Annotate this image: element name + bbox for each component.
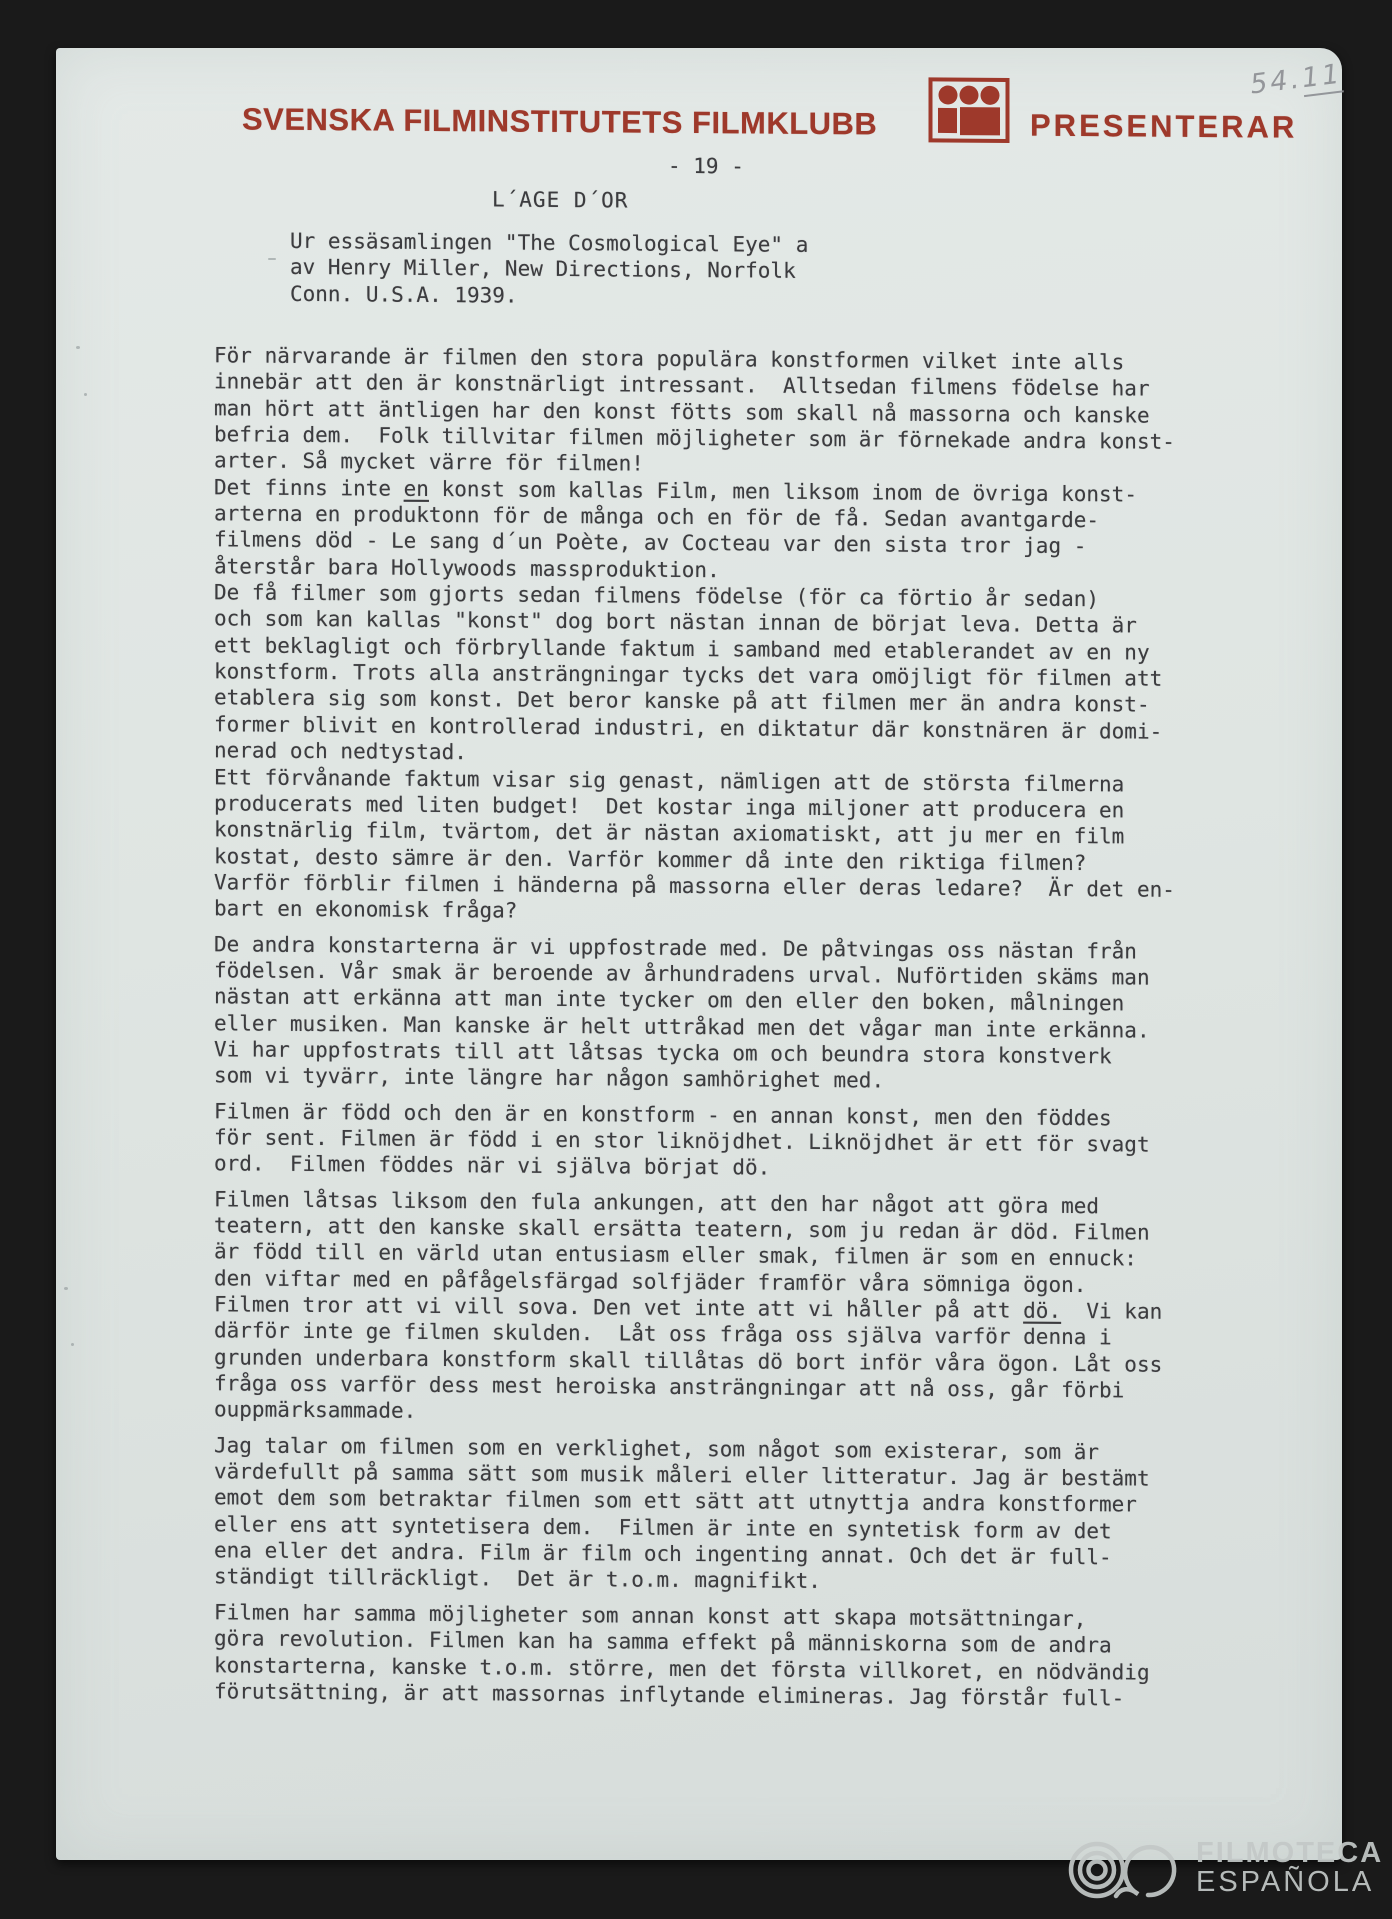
scanned-page: SVENSKA FILMINSTITUTETS FILMKLUBB PRESEN… bbox=[56, 48, 1342, 1860]
source-block: Ur essäsamlingen "The Cosmological Eye" … bbox=[290, 228, 808, 311]
paper-speck bbox=[71, 1343, 74, 1346]
paragraph: För närvarande är filmen den stora popul… bbox=[214, 342, 1175, 929]
header-presents-label: PRESENTERAR bbox=[1030, 108, 1297, 146]
source-line: av Henry Miller, New Directions, Norfolk bbox=[290, 254, 808, 284]
film-club-logo-icon bbox=[928, 77, 1010, 144]
paragraph: Filmen har samma möjligheter som annan k… bbox=[214, 1599, 1175, 1712]
paragraph: Jag talar om filmen som en verklighet, s… bbox=[214, 1432, 1175, 1598]
paper-speck bbox=[64, 1287, 68, 1290]
paper-speck bbox=[268, 258, 276, 260]
page-number: - 19 - bbox=[668, 153, 744, 180]
paper-speck bbox=[76, 346, 80, 349]
paper-speck bbox=[84, 393, 87, 396]
watermark-text: FILMOTECA ESPAÑOLA bbox=[1196, 1839, 1383, 1897]
source-line: Ur essäsamlingen "The Cosmological Eye" … bbox=[290, 228, 808, 258]
body-text: För närvarande är filmen den stora popul… bbox=[214, 342, 1175, 1721]
header-club-name: SVENSKA FILMINSTITUTETS FILMKLUBB bbox=[242, 101, 877, 142]
source-line: Conn. U.S.A. 1939. bbox=[290, 281, 808, 311]
handwritten-tail: 11 bbox=[1300, 58, 1344, 97]
filmoteca-watermark: FILMOTECA ESPAÑOLA bbox=[1064, 1832, 1383, 1904]
handwritten-main: 54. bbox=[1248, 63, 1303, 100]
document-title: L´AGE D´OR bbox=[492, 186, 628, 213]
page-content: SVENSKA FILMINSTITUTETS FILMKLUBB PRESEN… bbox=[56, 48, 1342, 1870]
paragraph: Filmen låtsas liksom den fula ankungen, … bbox=[214, 1186, 1175, 1431]
watermark-line2: ESPAÑOLA bbox=[1196, 1868, 1383, 1897]
scan-background: { "colors": { "background": "#1a1a1a", "… bbox=[0, 0, 1392, 1919]
filmoteca-spiral-logo-icon bbox=[1064, 1832, 1188, 1904]
watermark-line1: FILMOTECA bbox=[1196, 1839, 1383, 1868]
paragraph: De andra konstarterna är vi uppfostrade … bbox=[214, 931, 1175, 1097]
paragraph: Filmen är född och den är en konstform -… bbox=[214, 1098, 1175, 1185]
